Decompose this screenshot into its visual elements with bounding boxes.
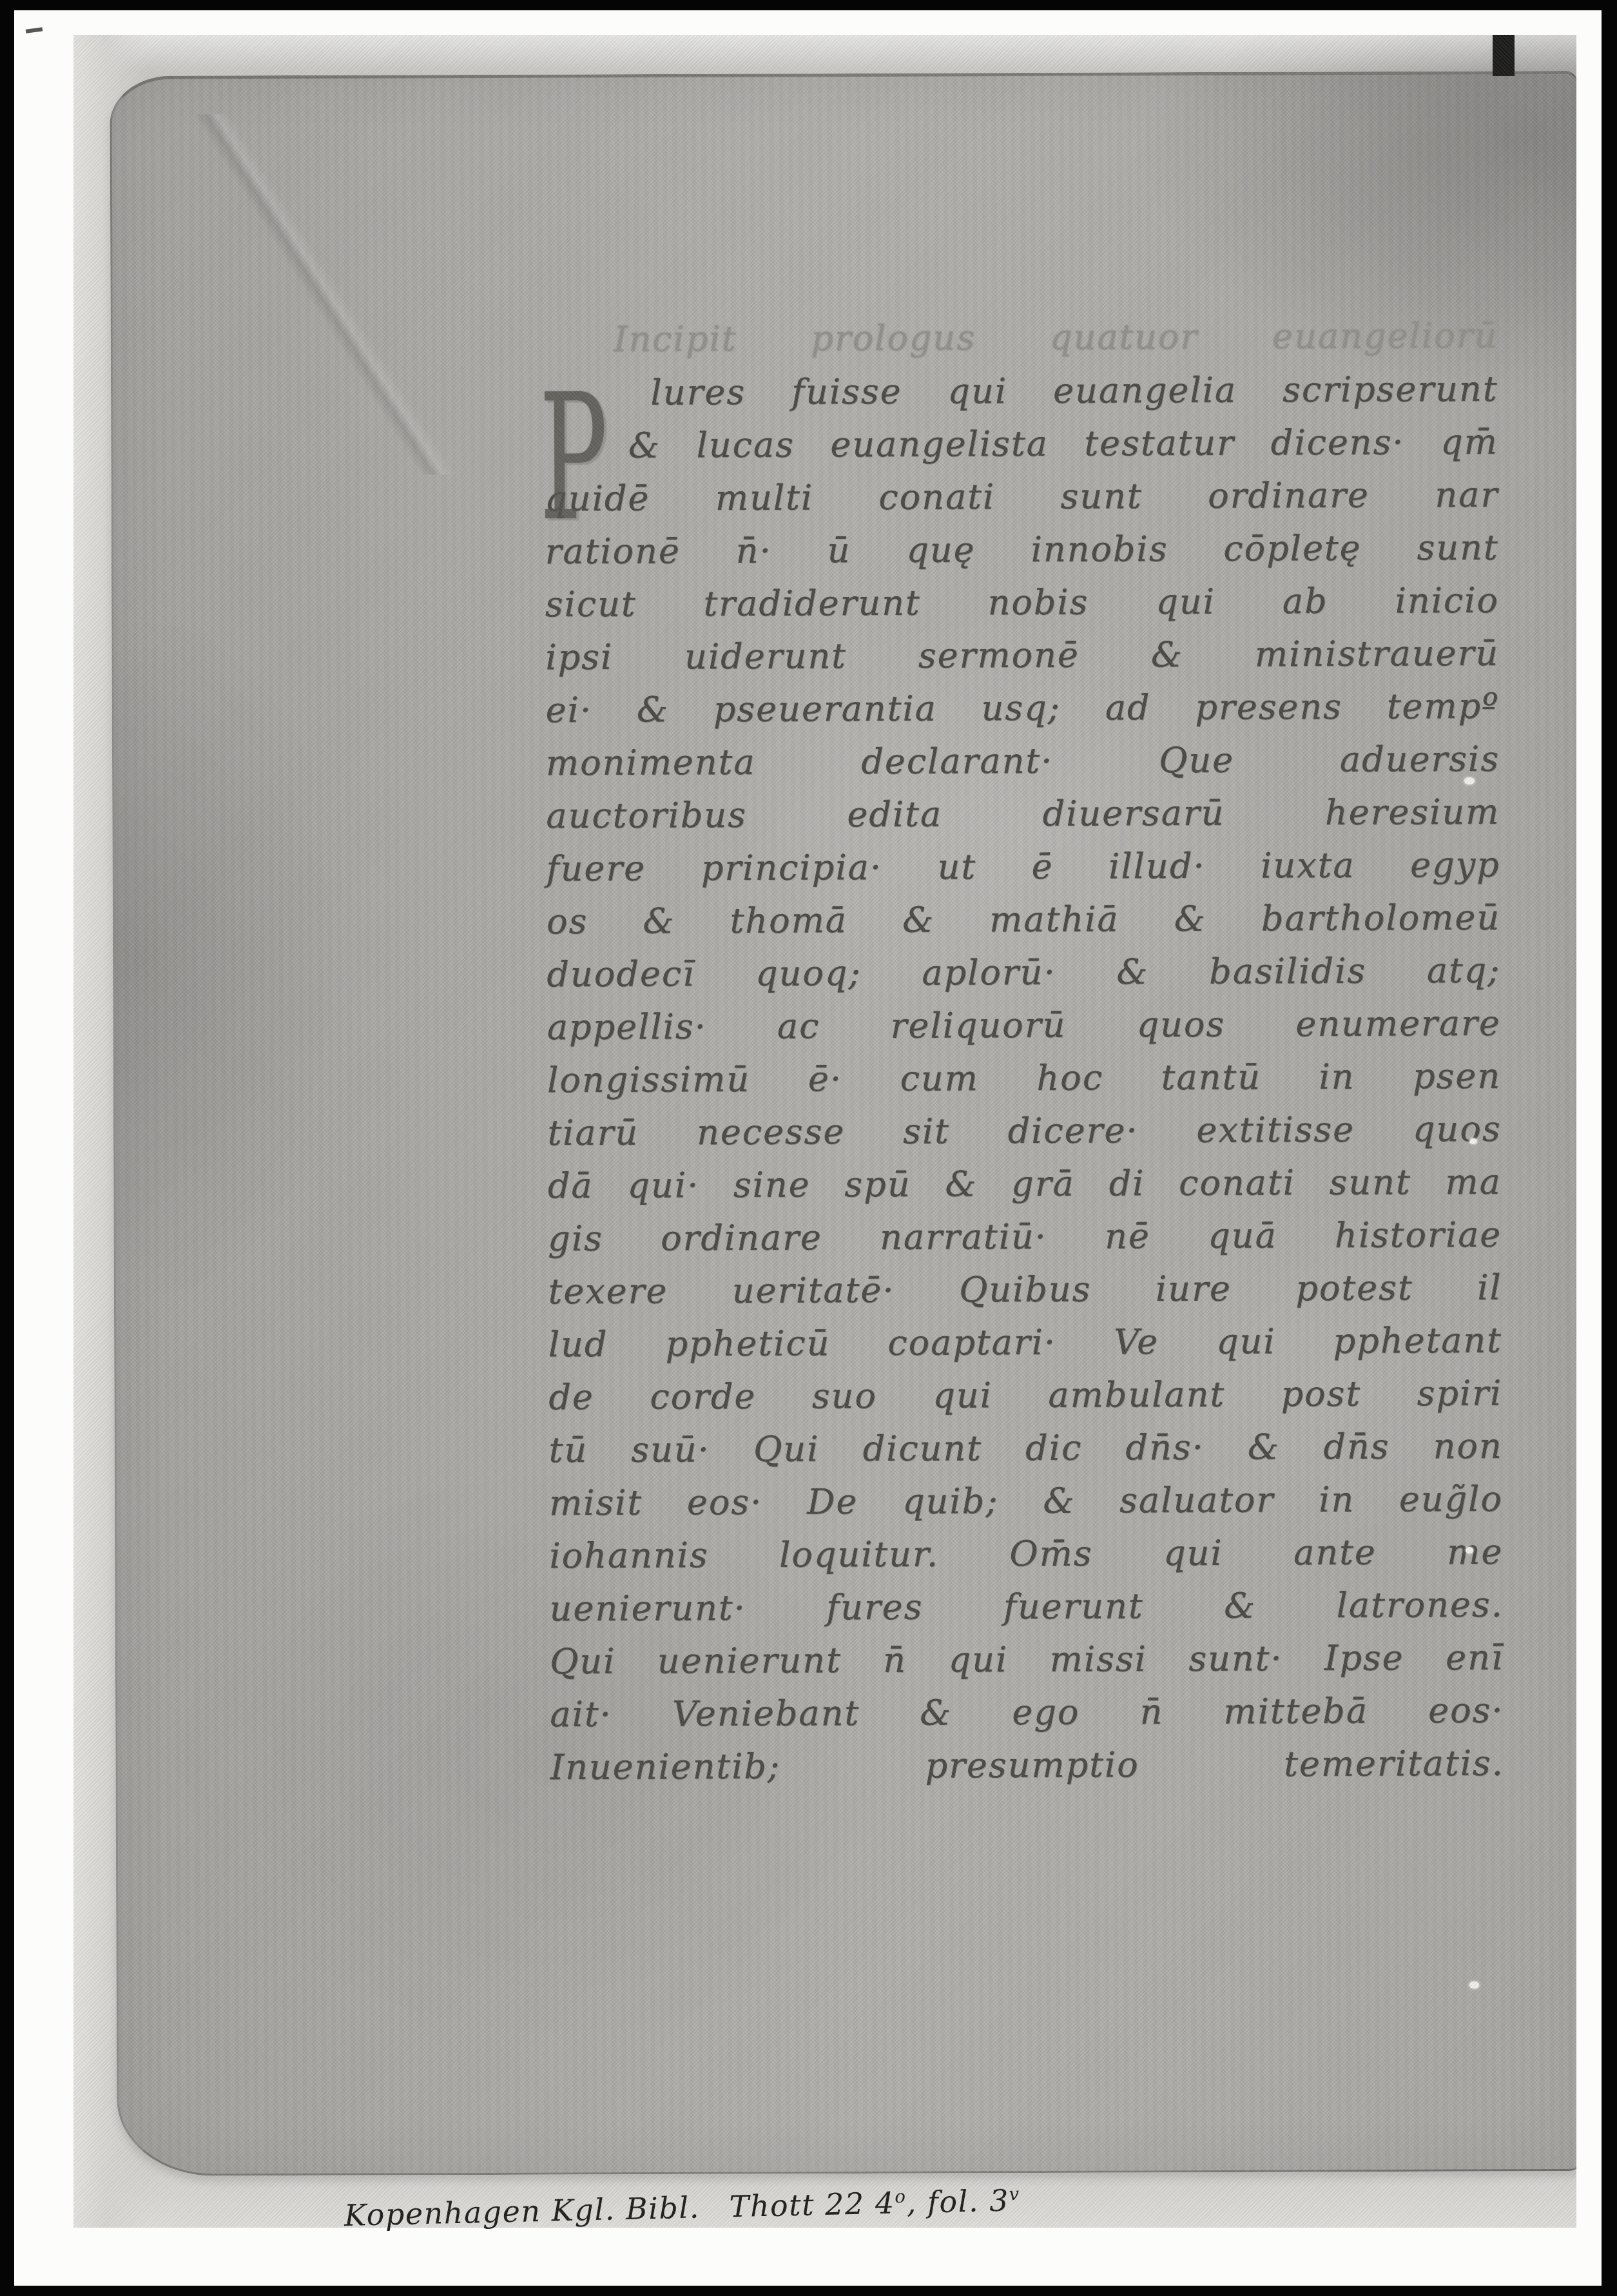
manuscript-line-8: monimenta declarant· Que aduersis [546, 733, 1500, 790]
print-artifact [26, 27, 43, 34]
manuscript-line-3: quidē multi conati sunt ordinare nar [545, 469, 1498, 525]
manuscript-line-23: iohannis loquitur. Om̄s qui ante me [549, 1526, 1503, 1582]
manuscript-line-20: de corde suo qui ambulant post spiri [548, 1367, 1502, 1424]
manuscript-line-14: longissimū ē· cum hoc tantū in psen [547, 1050, 1501, 1107]
parchment-hole [1469, 1138, 1477, 1144]
manuscript-line-2: & lucas euangelista testatur dicens· qm̄ [545, 416, 1498, 472]
manuscript-lines: lures fuisse qui euangelia scripserunt& … [544, 363, 1504, 1794]
manuscript-line-11: os & thomā & mathiā & bartholomeū [547, 891, 1500, 948]
manuscript-photo: Incipit prologus quatuor euangeliorū P l… [73, 35, 1576, 2228]
manuscript-line-4: rationē n̄· ū quę innobis cōpletę sunt [545, 521, 1498, 578]
manuscript-line-19: lud ppheticū coaptari· Ve qui pphetant [548, 1314, 1502, 1371]
manuscript-line-10: fuere principia· ut ē illud· iuxta egyp [547, 839, 1500, 895]
scan-page: { "manuscript": { "rubric": "Incipit pro… [0, 0, 1617, 2296]
rubric-line: Incipit prologus quatuor euangeliorū [544, 309, 1498, 367]
initial-letter-P: P [539, 372, 609, 546]
manuscript-line-5: sicut tradiderunt nobis qui ab inicio [545, 574, 1499, 631]
manuscript-line-13: appellis· ac reliquorū quos enumerare [547, 997, 1501, 1054]
manuscript-line-21: tū suū· Qui dicunt dic dn̄s· & dn̄s non [549, 1420, 1503, 1477]
caption-format-superscript: o [895, 2186, 907, 2207]
parchment-crease [183, 113, 461, 475]
manuscript-line-22: misit eos· De quib; & saluator in eug̃lo [549, 1473, 1503, 1530]
parchment-hole [1469, 1981, 1479, 1989]
manuscript-line-7: ei· & pseuerantia usq; ad presens tempº [546, 680, 1500, 737]
paper-margin: Incipit prologus quatuor euangeliorū P l… [14, 10, 1602, 2286]
manuscript-line-27: Inuenientib; presumptio temeritatis. [550, 1737, 1504, 1794]
manuscript-line-17: gis ordinare narratiū· nē quā historiae [548, 1209, 1502, 1265]
caption-folio-superscript: v [1009, 2183, 1020, 2204]
manuscript-line-9: auctoribus edita diuersarū heresium [546, 786, 1500, 842]
manuscript-line-12: duodecī quoq; aplorū· & basilidis atq; [547, 944, 1500, 1001]
manuscript-line-26: ait· Veniebant & ego n̄ mittebā eos· [550, 1684, 1504, 1741]
caption-shelfmark: Thott 22 4 [729, 2186, 895, 2224]
manuscript-line-25: Qui uenierunt n̄ qui missi sunt· Ipse en… [550, 1631, 1504, 1688]
manuscript-line-18: texere ueritatē· Quibus iure potest il [548, 1261, 1502, 1318]
manuscript-line-1: lures fuisse qui euangelia scripserunt [544, 363, 1498, 420]
film-tab-mark [1493, 35, 1515, 76]
caption-folio: , fol. 3 [906, 2183, 1009, 2220]
parchment-hole [1464, 777, 1475, 784]
manuscript-line-15: tiarū necesse sit dicere· extitisse quos [547, 1103, 1501, 1160]
manuscript-line-16: dā qui· sine spū & grā di conati sunt ma [548, 1156, 1502, 1212]
manuscript-line-24: uenierunt· fures fuerunt & latrones. [550, 1579, 1504, 1635]
parchment-hole [1466, 1547, 1473, 1553]
manuscript-line-6: ipsi uiderunt sermonē & ministrauerū [545, 627, 1499, 684]
text-block: Incipit prologus quatuor euangeliorū P l… [544, 309, 1504, 1794]
